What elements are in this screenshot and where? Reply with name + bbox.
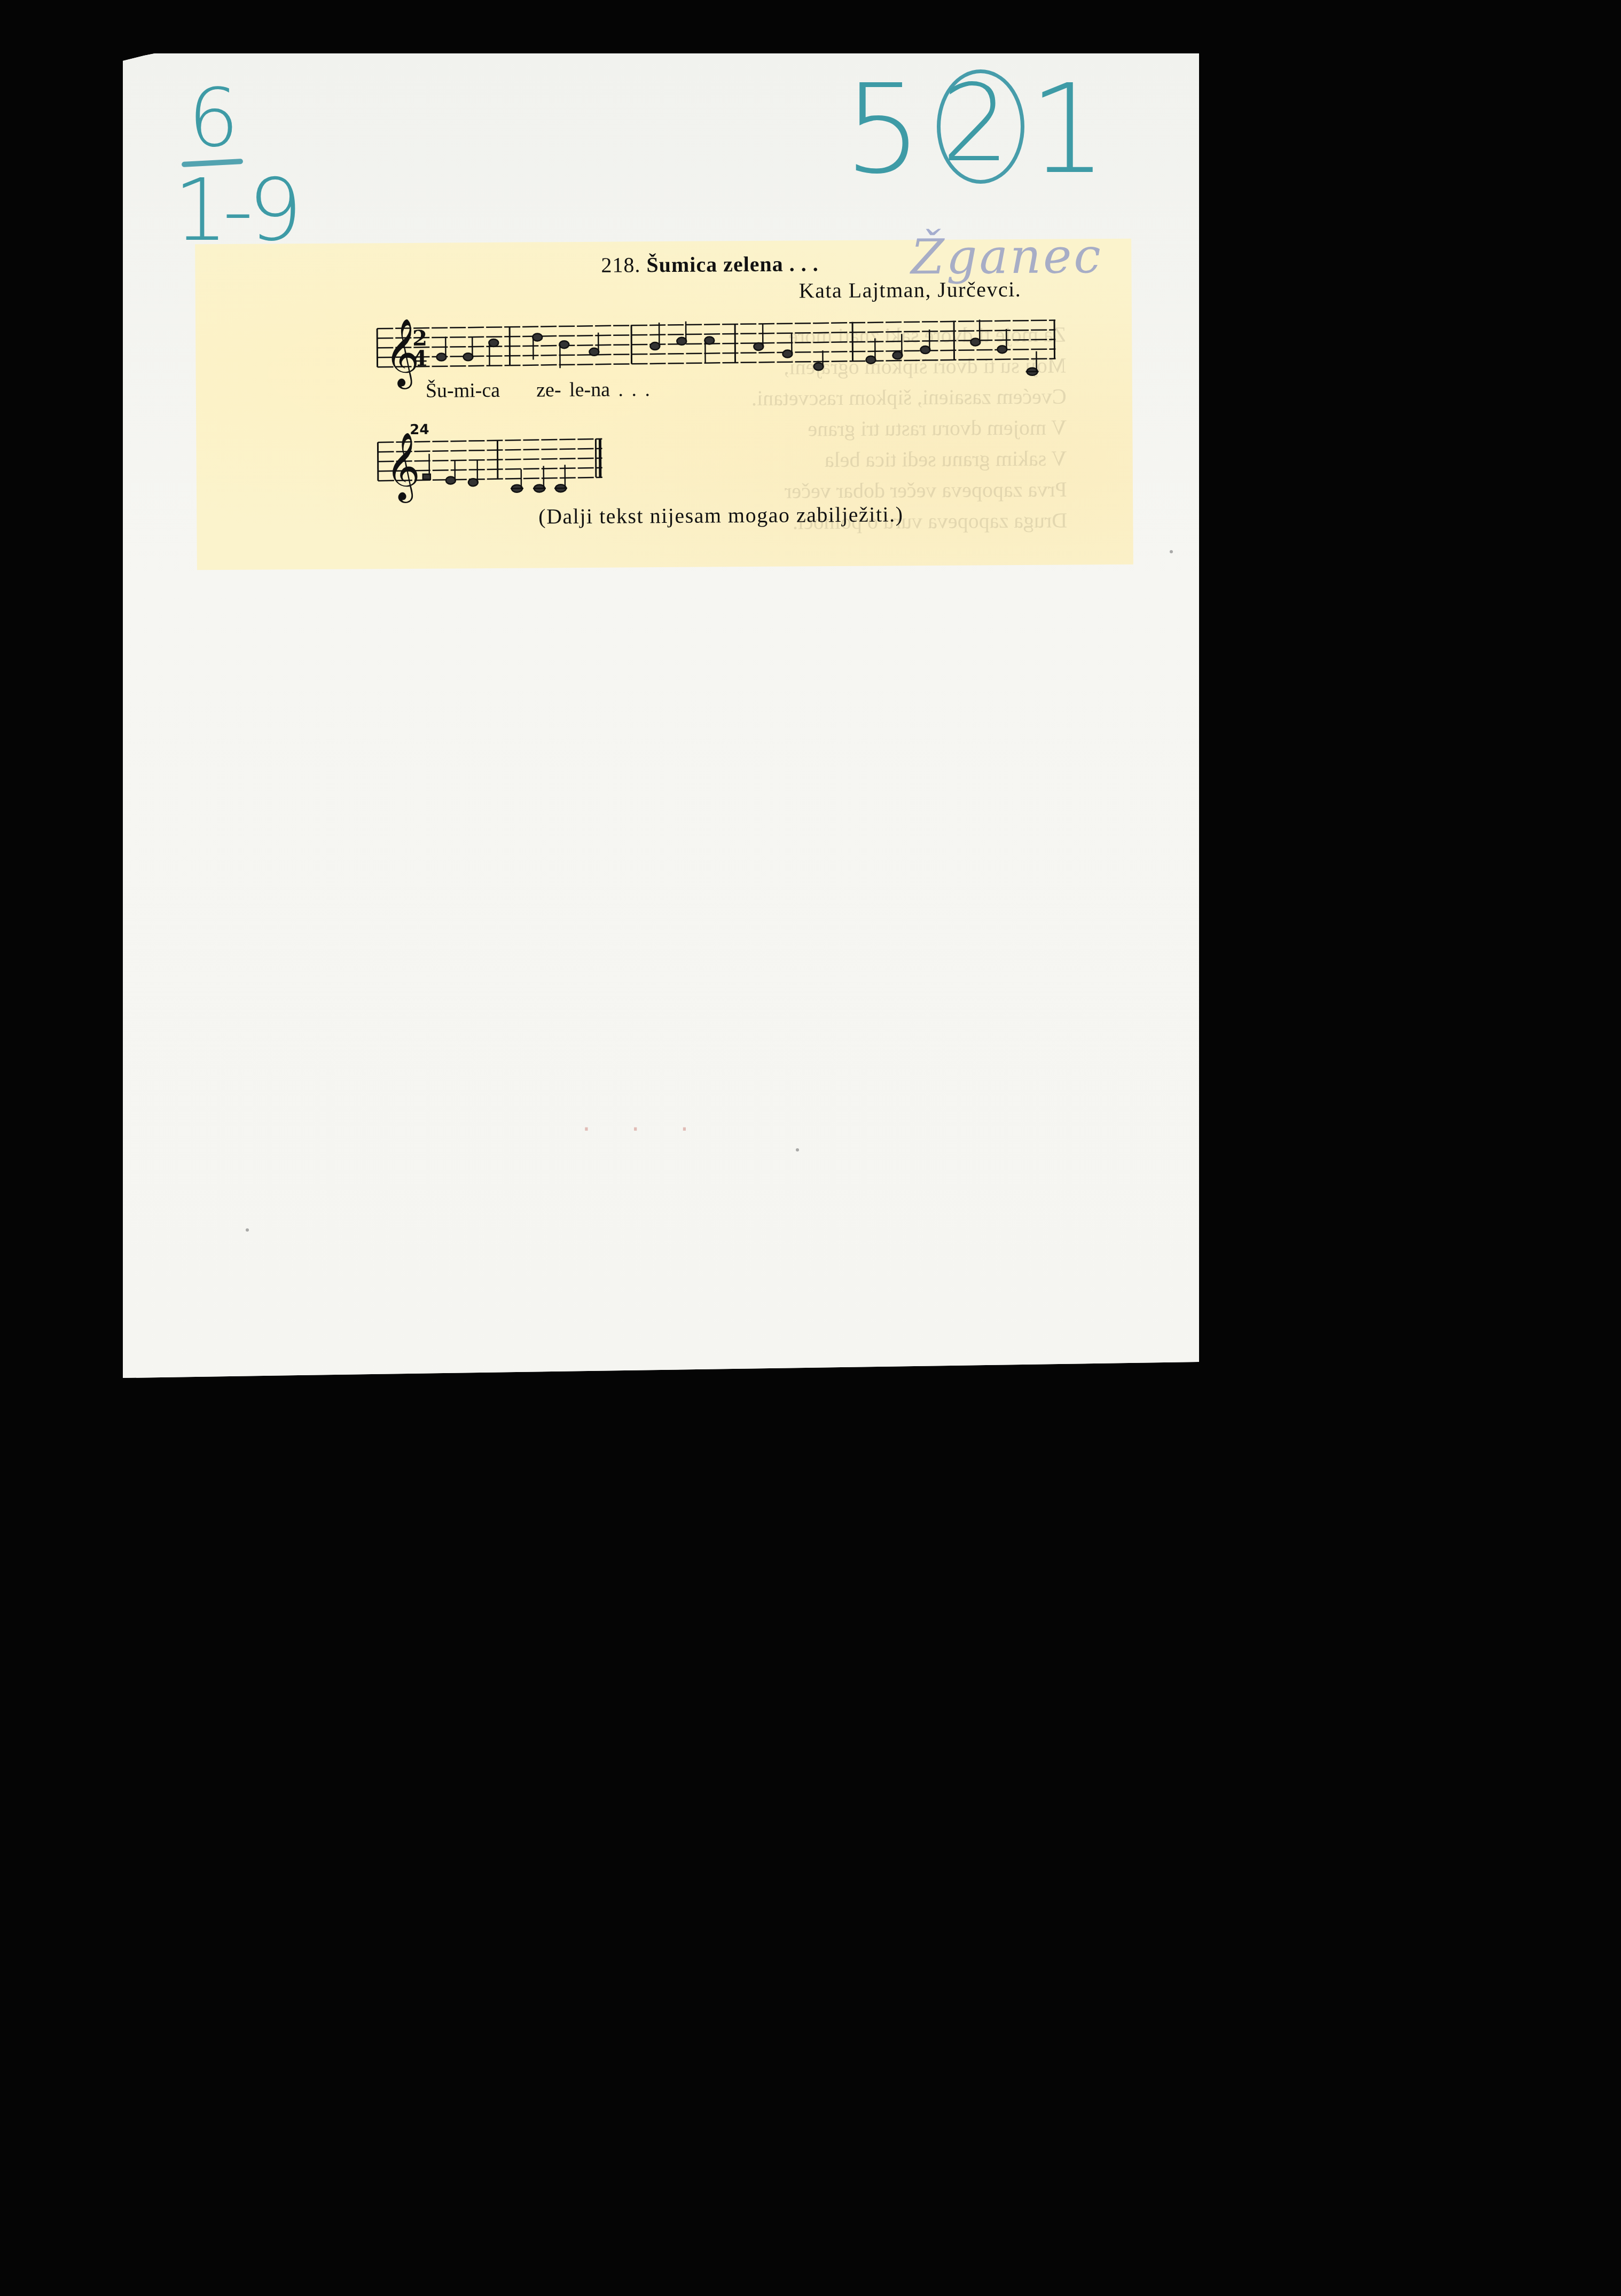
- dust-speck: [796, 1148, 799, 1151]
- handwritten-catalog-number: 521: [844, 59, 1118, 201]
- dust-speck: [1170, 550, 1173, 553]
- footnote-text: (Dalji tekst nijesam mogao zabilježiti.): [538, 501, 903, 529]
- song-number: 218.: [601, 253, 640, 277]
- dust-speck: [246, 1228, 249, 1232]
- lyrics-line: Šu-mi-caze- le-na . . .: [426, 378, 686, 403]
- pencil-annotation: Žganec: [911, 228, 1103, 285]
- svg-text:4: 4: [412, 346, 427, 371]
- treble-clef-icon: 𝄞: [385, 432, 420, 503]
- catalog-number-prefix: 5: [844, 59, 933, 201]
- faint-pencil-mark: · · ·: [582, 1114, 704, 1145]
- catalog-number-circled: 2: [937, 69, 1024, 184]
- staff-2-notation: 𝄞: [378, 426, 602, 508]
- lyric-word-2: ze- le-na . . .: [536, 378, 650, 401]
- catalog-number-suffix: 1: [1029, 59, 1117, 201]
- music-staff-2: 𝄞: [378, 426, 602, 508]
- song-clipping: Za moje ti dvore saki znati more Moji su…: [195, 239, 1133, 570]
- song-heading: 218. Šumica zelena . . .: [601, 251, 819, 277]
- lyric-word-1: Šu-mi-ca: [426, 379, 500, 402]
- song-title: Šumica zelena . . .: [646, 252, 819, 277]
- handwritten-fraction-top: 6: [188, 72, 239, 165]
